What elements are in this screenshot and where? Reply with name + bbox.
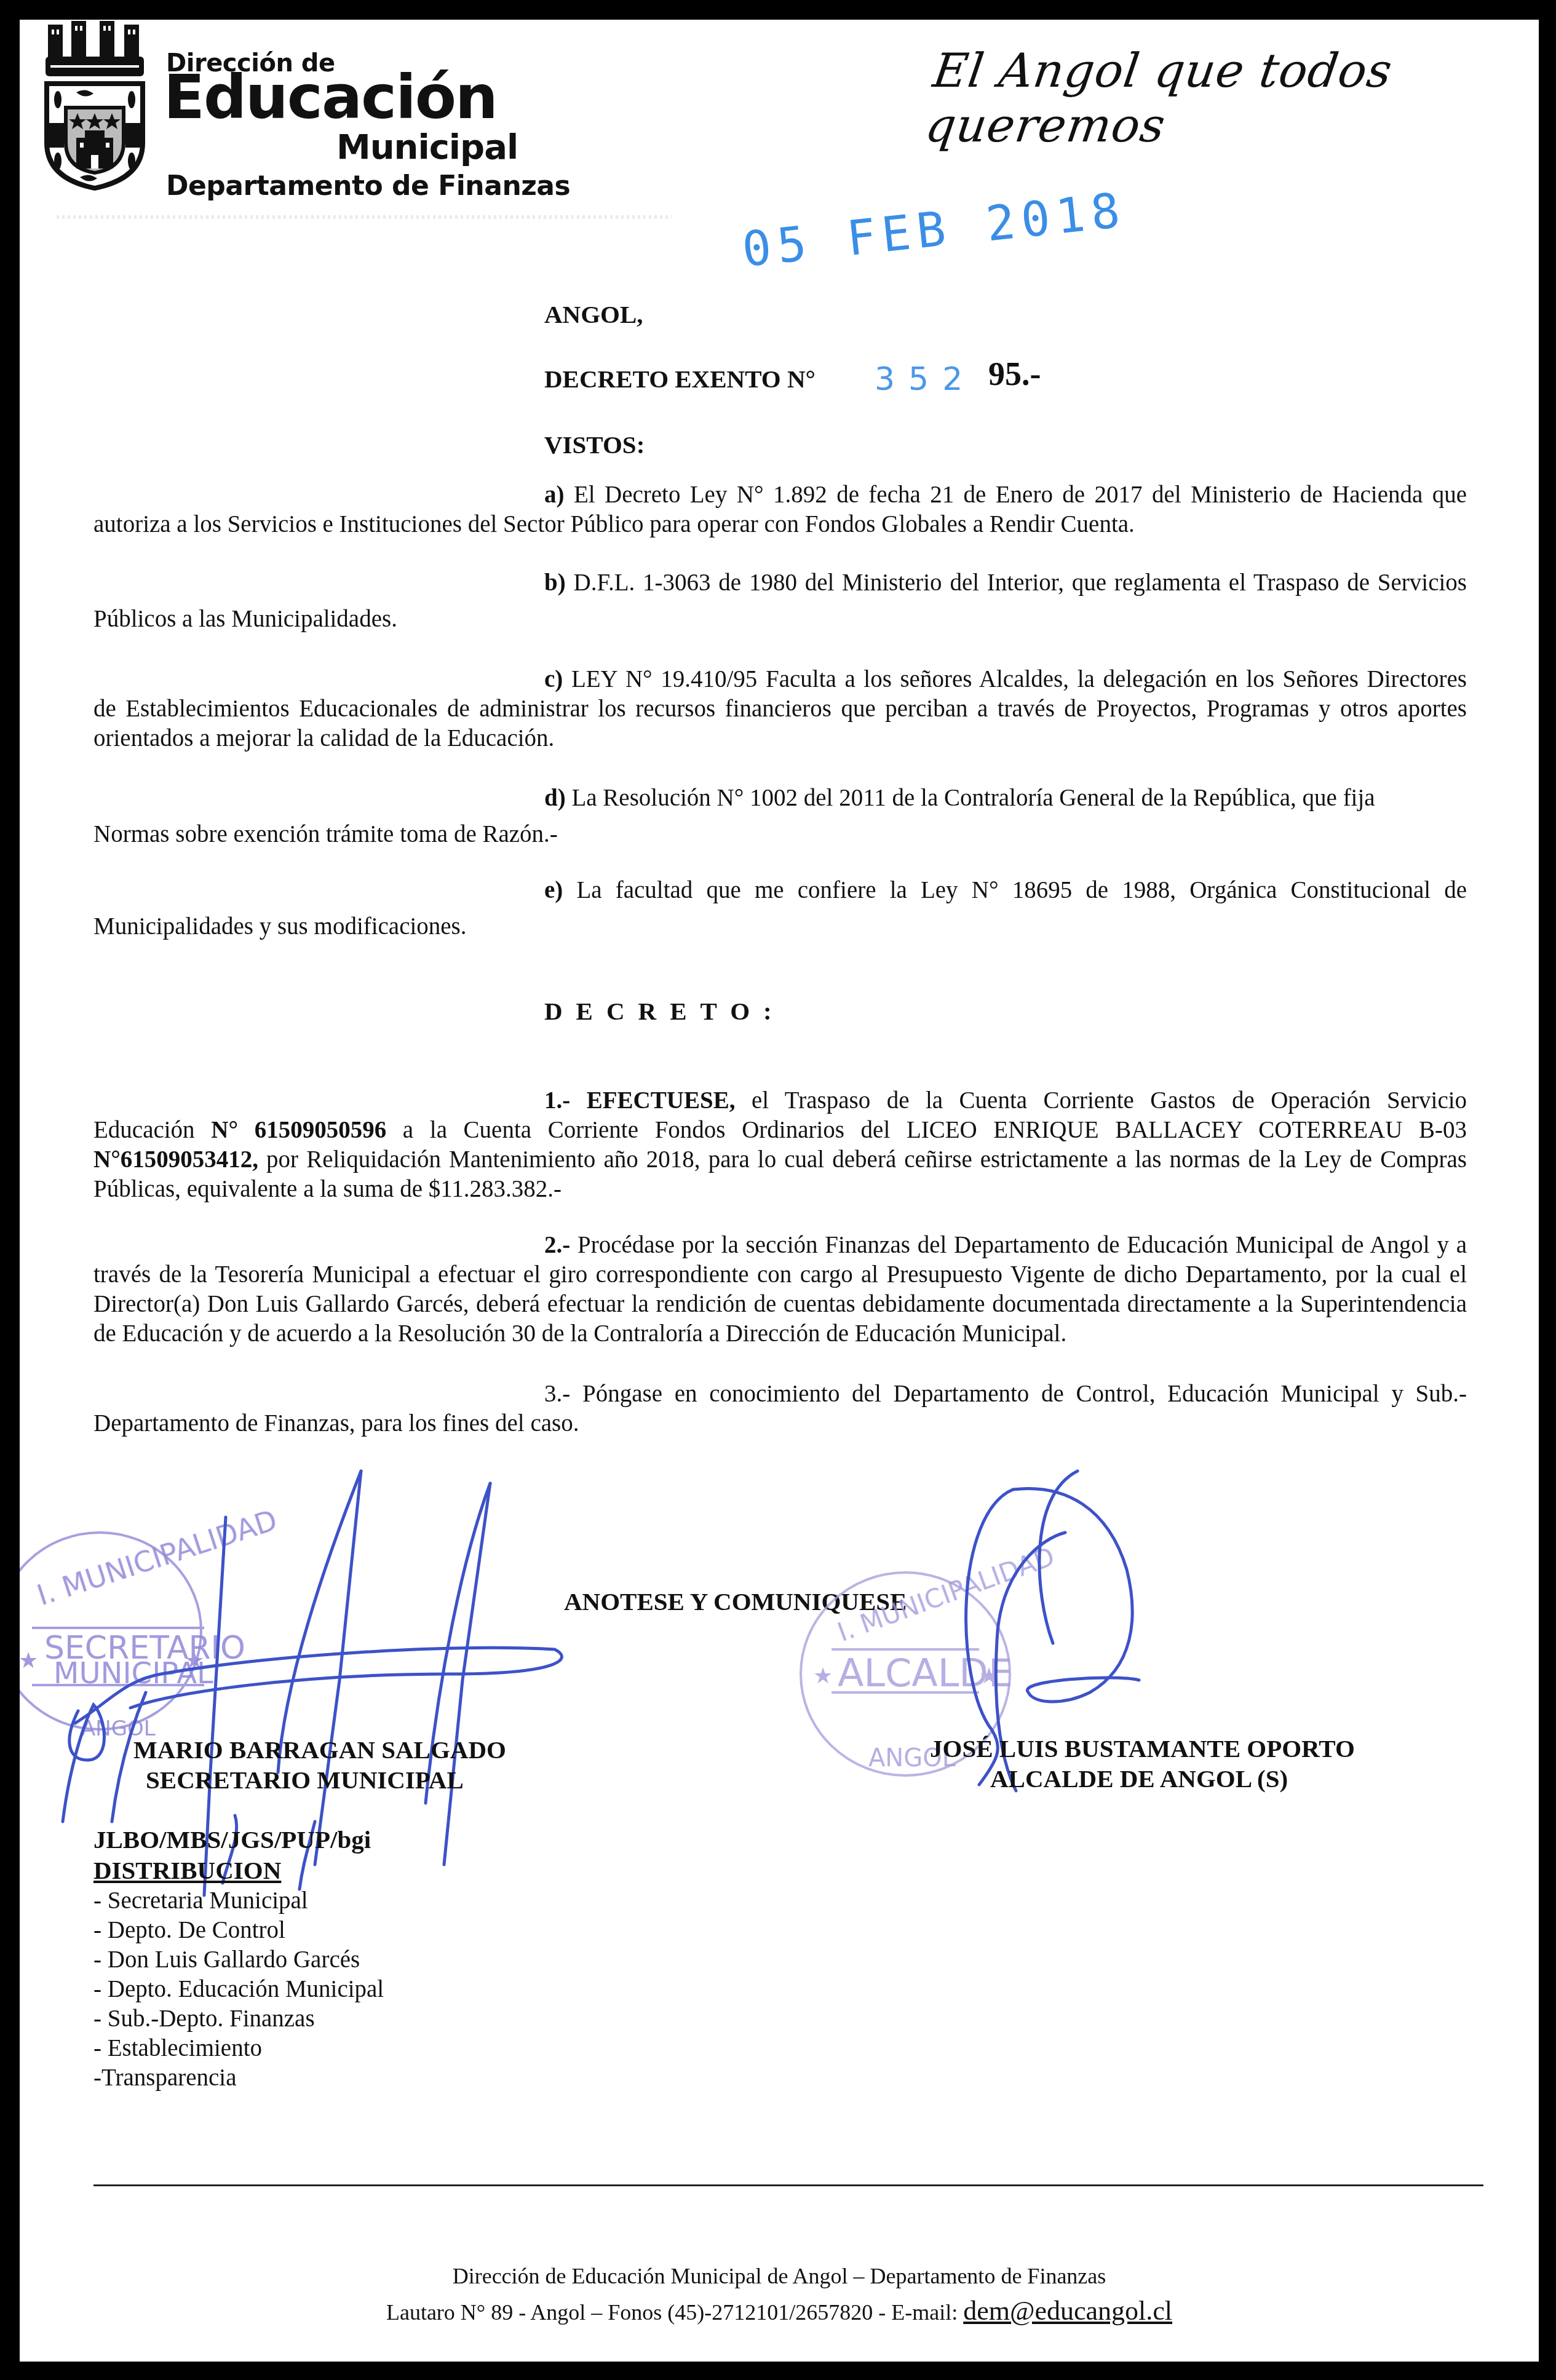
- distribution-list: - Secretaria Municipal - Depto. De Contr…: [93, 1886, 384, 2093]
- visto-c-line3: orientados a mejorar la calidad de la Ed…: [93, 724, 554, 753]
- secretario-seal-icon: [20, 1533, 204, 1729]
- svg-text:★: ★: [979, 1664, 999, 1689]
- list-item: - Establecimiento: [93, 2034, 384, 2063]
- distribution-heading: DISTRIBUCION: [93, 1855, 281, 1885]
- list-item: -Transparencia: [93, 2063, 384, 2093]
- article-2-line4: de Educación y de acuerdo a la Resolució…: [93, 1320, 1066, 1349]
- article-1-line1: 1.- EFECTUESE, el Traspaso de la Cuenta …: [544, 1087, 1467, 1116]
- decree-number-stamp: 352: [875, 361, 976, 398]
- org-department: Departamento de Finanzas: [166, 170, 570, 202]
- org-name-line2: Educación: [164, 68, 497, 128]
- org-name-line3: Municipal: [336, 127, 518, 167]
- footer-contact: Lautaro N° 89 - Angol – Fonos (45)-27121…: [20, 2295, 1539, 2326]
- footer-divider: [93, 2184, 1483, 2186]
- article-1-line2: Educación N° 61509050596 a la Cuenta Cor…: [93, 1116, 1467, 1145]
- visto-e-line1: e) La facultad que me confiere la Ley N°…: [544, 876, 1467, 905]
- article-2-line1: 2.- Procédase por la sección Finanzas de…: [544, 1231, 1467, 1260]
- footer-email-link[interactable]: dem@educangol.cl: [963, 2296, 1172, 2326]
- vistos-heading: VISTOS:: [544, 430, 645, 460]
- svg-text:ALCALDE: ALCALDE: [838, 1651, 1012, 1696]
- svg-text:★: ★: [185, 1648, 204, 1673]
- visto-b-line1: b) D.F.L. 1-3063 de 1980 del Ministerio …: [544, 569, 1467, 598]
- list-item: - Sub.-Depto. Finanzas: [93, 2004, 384, 2034]
- svg-text:★: ★: [813, 1664, 833, 1689]
- list-item: - Depto. Educación Municipal: [93, 1975, 384, 2004]
- visto-a-line2: autoriza a los Servicios e Instituciones…: [93, 510, 1135, 539]
- svg-text:★: ★: [20, 1648, 38, 1673]
- decree-page: Dirección de Educación Municipal Departa…: [20, 20, 1539, 2362]
- svg-text:I. MUNICIPALIDAD: I. MUNICIPALIDAD: [33, 1503, 282, 1612]
- slogan: El Angol que todos queremos: [922, 43, 1539, 153]
- visto-d-line2: Normas sobre exención trámite toma de Ra…: [93, 820, 558, 849]
- visto-c-line2: de Establecimientos Educacionales de adm…: [93, 695, 1467, 724]
- article-3-line2: Departamento de Finanzas, para los fines…: [93, 1410, 579, 1438]
- visto-a-line1: a) El Decreto Ley N° 1.892 de fecha 21 d…: [544, 481, 1467, 510]
- article-2-line2: través de la Tesorería Municipal a efect…: [93, 1261, 1467, 1290]
- date-stamp: 05 FEB 2018: [740, 183, 1129, 278]
- decreto-heading: DECRETO:: [544, 996, 785, 1026]
- signatory-1-title: SECRETARIO MUNICIPAL: [146, 1765, 464, 1795]
- list-item: - Depto. De Control: [93, 1916, 384, 1945]
- decree-label: DECRETO EXENTO N°: [544, 364, 816, 394]
- signatory-1-name: MARIO BARRAGAN SALGADO: [133, 1735, 506, 1764]
- visto-e-line2: Municipalidades y sus modificaciones.: [93, 913, 467, 942]
- footer-org: Dirección de Educación Municipal de Ango…: [20, 2263, 1539, 2289]
- reference-initials: JLBO/MBS/JGS/PUP/bgi: [93, 1825, 371, 1854]
- footer-address: Lautaro N° 89 - Angol – Fonos (45)-27121…: [386, 2300, 958, 2325]
- place: ANGOL,: [544, 299, 643, 330]
- svg-text:MUNICIPAL: MUNICIPAL: [54, 1656, 213, 1691]
- visto-b-line2: Públicos a las Municipalidades.: [93, 605, 397, 634]
- signatory-2-title: ALCALDE DE ANGOL (S): [990, 1764, 1288, 1793]
- signatory-2-name: JOSÉ LUIS BUSTAMANTE OPORTO: [930, 1734, 1355, 1763]
- municipal-crest-icon: [39, 20, 150, 192]
- visto-c-line1: c) LEY N° 19.410/95 Faculta a los señore…: [544, 665, 1467, 694]
- list-item: - Secretaria Municipal: [93, 1886, 384, 1916]
- article-2-line3: Director(a) Don Luis Gallardo Garcés, de…: [93, 1290, 1467, 1319]
- article-1-line3: N°61509053412, por Reliquidación Manteni…: [93, 1146, 1467, 1175]
- header-divider: [57, 215, 672, 219]
- list-item: - Don Luis Gallardo Garcés: [93, 1945, 384, 1975]
- decree-suffix: 95.-: [988, 355, 1041, 393]
- visto-d-line1: d) La Resolución N° 1002 del 2011 de la …: [544, 784, 1467, 813]
- article-1-line4: Públicas, equivalente a la suma de $11.2…: [93, 1175, 562, 1204]
- svg-text:SECRETARIO: SECRETARIO: [44, 1630, 245, 1667]
- closing-formula: ANOTESE Y COMUNIQUESE: [564, 1587, 907, 1616]
- article-3-line1: 3.- Póngase en conocimiento del Departam…: [544, 1380, 1467, 1409]
